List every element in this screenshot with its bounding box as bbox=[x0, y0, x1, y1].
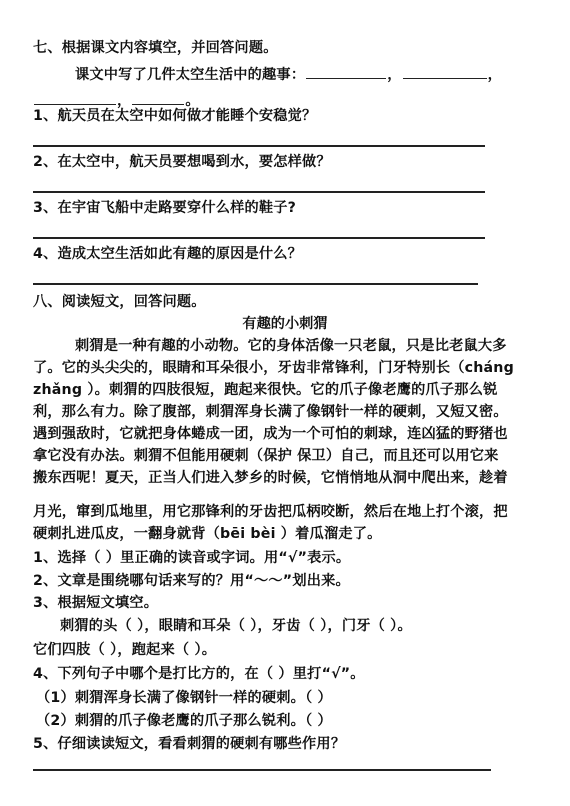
passage-line: 了。它的头尖尖的，眼睛和耳朵很小，牙齿非常锋利，门牙特别长（cháng bbox=[33, 358, 514, 378]
passage-line: zhǎng ）。刺猬的四肢很短，跑起来很快。它的爪子像老鹰的爪子那么锐 bbox=[33, 380, 497, 400]
fill-in-row-1: 课文中写了几件太空生活中的趣事：，， bbox=[75, 63, 502, 85]
comma: ， bbox=[387, 67, 401, 83]
answer-line-2[interactable] bbox=[33, 191, 485, 193]
section-8-title: 八、阅读短文，回答问题。 bbox=[33, 292, 206, 312]
passage-title: 有趣的小刺猬 bbox=[0, 314, 570, 334]
passage-line: 搬东西呢！夏天，正当人们进入梦乡的时候，它悄悄地从洞中爬出来，趁着 bbox=[33, 468, 508, 488]
comma: ， bbox=[488, 67, 502, 83]
section-8-question-5: 5、仔细读读短文，看看刺猬的硬刺有哪些作用？ bbox=[33, 734, 345, 754]
answer-line-3[interactable] bbox=[33, 237, 485, 239]
passage-line: 刺猬是一种有趣的小动物。它的身体活像一只老鼠，只是比老鼠大多 bbox=[75, 336, 507, 356]
section-7-question-4: 4、造成太空生活如此有趣的原因是什么？ bbox=[33, 244, 302, 264]
section-7-title: 七、根据课文内容填空，并回答问题。 bbox=[33, 38, 278, 58]
passage-line: 硬刺扎进瓜皮，一翻身就背（bēi bèi ）着瓜溜走了。 bbox=[33, 524, 382, 544]
fill-intro: 课文中写了几件太空生活中的趣事： bbox=[75, 67, 305, 83]
passage-line: 拿它没有办法。刺猬不但能用硬刺（保护 保卫）自己，而且还可以用它来 bbox=[33, 446, 499, 466]
fill-in-sentence-2[interactable]: 它们四肢（ ），跑起来（ ）。 bbox=[33, 640, 216, 660]
answer-blank-4[interactable] bbox=[132, 89, 184, 105]
passage-line: 月光，窜到瓜地里，用它那锋利的牙齿把瓜柄咬断，然后在地上打个滚，把 bbox=[33, 502, 508, 522]
section-7-question-2: 2、在太空中，航天员要想喝到水，要怎样做？ bbox=[33, 152, 331, 172]
fill-in-sentence-1[interactable]: 刺猬的头（ ），眼睛和耳朵（ ），牙齿（ ），门牙（ ）。 bbox=[60, 616, 412, 636]
passage-line: 遇到强敌时，它就把身体蜷成一团，成为一个可怕的刺球，连凶猛的野猪也 bbox=[33, 424, 508, 444]
section-8-question-4: 4、下列句子中哪个是打比方的，在（ ）里打“√”。 bbox=[33, 664, 365, 684]
option-2[interactable]: （2）刺猬的爪子像老鹰的爪子那么锐利。（ ） bbox=[36, 711, 332, 731]
passage-line: 利，那么有力。除了腹部，刺猬浑身长满了像钢针一样的硬刺，又短又密。 bbox=[33, 402, 508, 422]
section-7-question-3: 3、在宇宙飞船中走路要穿什么样的鞋子? bbox=[33, 198, 296, 218]
answer-line-4[interactable] bbox=[33, 283, 478, 285]
section-8-question-1: 1、选择（ ）里正确的读音或字词。用“√”表示。 bbox=[33, 548, 350, 568]
answer-blank-2[interactable] bbox=[403, 63, 487, 79]
answer-blank-1[interactable] bbox=[306, 63, 386, 79]
answer-blank-3[interactable] bbox=[34, 89, 116, 105]
option-1[interactable]: （1）刺猬浑身长满了像钢针一样的硬刺。（ ） bbox=[36, 688, 332, 708]
answer-line-5[interactable] bbox=[33, 769, 491, 771]
answer-line-1[interactable] bbox=[33, 145, 485, 147]
section-8-question-2: 2、文章是围绕哪句话来写的？用“～～”划出来。 bbox=[33, 571, 350, 591]
section-7-question-1: 1、航天员在太空中如何做才能睡个安稳觉？ bbox=[33, 106, 316, 126]
section-8-question-3: 3、根据短文填空。 bbox=[33, 593, 158, 613]
